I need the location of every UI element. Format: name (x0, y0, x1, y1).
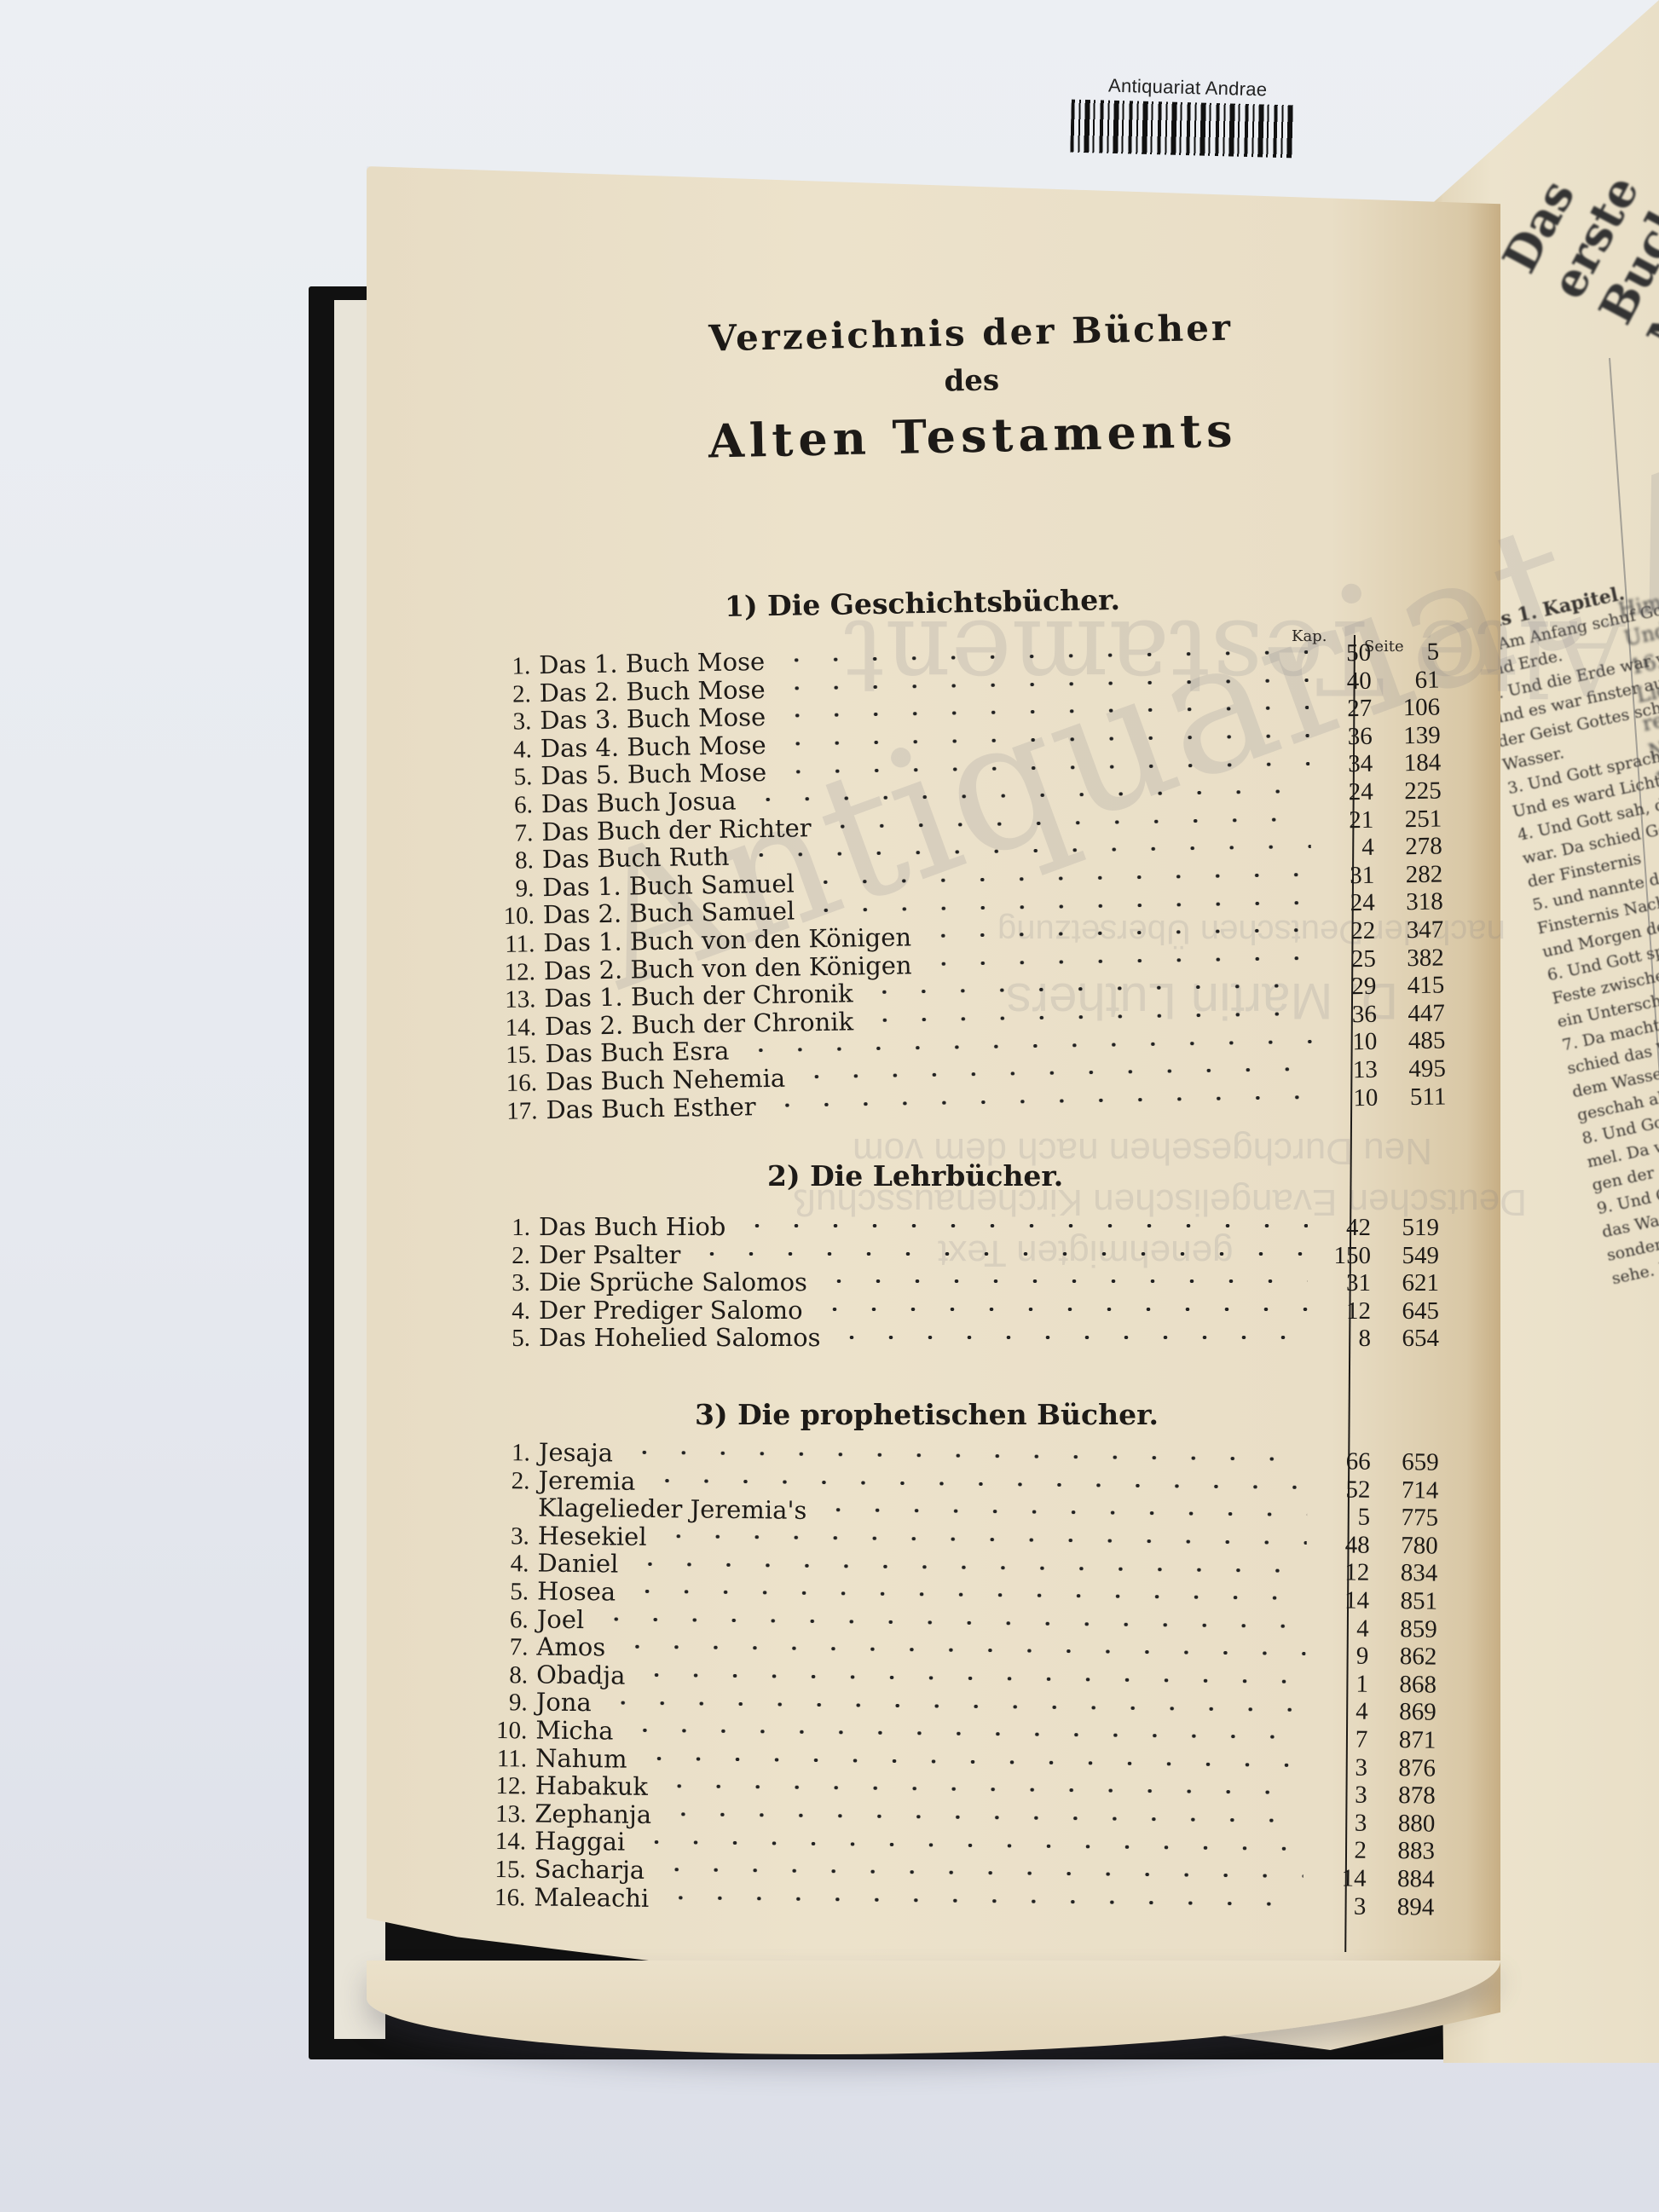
dot-leader (806, 901, 1312, 912)
book-name: Sacharja (535, 1854, 645, 1884)
page-number: 519 (1371, 1214, 1439, 1242)
entry-number: 10. (489, 1717, 527, 1745)
page-number: 511 (1378, 1083, 1447, 1112)
dot-leader (819, 1279, 1308, 1283)
chapter-count: 1 (1317, 1670, 1368, 1699)
toc-section-prophets: 1.Jesaja66659 2.Jeremia52714 Klagelieder… (488, 1437, 1439, 1920)
chapter-count: 31 (1320, 1269, 1371, 1297)
dot-leader (692, 1252, 1308, 1256)
shop-name: Antiquariat Andrae (1108, 75, 1268, 101)
page-number: 859 (1369, 1614, 1437, 1643)
page-number: 894 (1366, 1892, 1434, 1921)
book-name: Das Buch Hiob (539, 1212, 725, 1241)
dot-leader (741, 1040, 1314, 1053)
book-name: Amos (536, 1632, 605, 1662)
chapter-count: 52 (1319, 1476, 1370, 1505)
page-number: 880 (1367, 1809, 1435, 1838)
page-number: 876 (1367, 1753, 1436, 1782)
page-number: 415 (1376, 972, 1445, 1001)
dot-leader (818, 1508, 1307, 1516)
barcode-label: Antiquariat Andrae (1066, 72, 1304, 157)
toc-entry: 4.Der Prediger Salomo12645 (493, 1296, 1439, 1324)
toc-entry: 3.Die Sprüche Salomos31621 (493, 1268, 1439, 1296)
chapter-count: 8 (1320, 1325, 1371, 1353)
chapter-count: 2 (1315, 1836, 1367, 1865)
page-number: 851 (1369, 1587, 1437, 1616)
page-number: 780 (1370, 1532, 1438, 1561)
entry-number: 8. (496, 846, 535, 875)
chapter-count: 25 (1325, 944, 1377, 973)
entry-number: 5. (493, 1325, 530, 1353)
dot-leader (832, 1336, 1308, 1339)
page-number: 878 (1367, 1782, 1435, 1811)
dot-leader (638, 1673, 1306, 1684)
book-name: Klagelieder Jeremia's (538, 1493, 807, 1525)
entry-number: 17. (500, 1097, 538, 1126)
page-number: 714 (1370, 1476, 1438, 1505)
page-number: 251 (1373, 805, 1442, 834)
book-name: Haggai (535, 1827, 626, 1857)
chapter-count: 24 (1324, 889, 1376, 918)
page-number: 871 (1367, 1726, 1436, 1755)
entry-number: 11. (497, 930, 535, 959)
entry-number: 4. (491, 1550, 529, 1578)
chapter-count: 3 (1315, 1781, 1367, 1810)
dot-leader (924, 956, 1313, 966)
book-name: Hosea (537, 1577, 616, 1607)
entry-number: 14. (488, 1828, 526, 1856)
chapter-count: 4 (1317, 1697, 1368, 1726)
entry-number: 4. (494, 736, 533, 765)
chapter-count: 22 (1324, 917, 1376, 946)
dot-leader (741, 845, 1310, 857)
entry-number: 3. (493, 1269, 530, 1297)
page-number: 659 (1371, 1448, 1439, 1477)
chapter-count: 40 (1320, 667, 1372, 696)
section-heading-prophets: 3) Die prophetischen Bücher. (695, 1398, 1159, 1431)
chapter-count: 14 (1315, 1864, 1366, 1893)
entry-number: 9. (496, 875, 535, 904)
entry-number: 6. (491, 1606, 529, 1634)
chapter-count: 66 (1320, 1447, 1371, 1476)
book-name: Das Buch Esther (546, 1092, 756, 1124)
book-name: Micha (535, 1715, 614, 1745)
page-number: 869 (1368, 1698, 1436, 1727)
dot-leader (797, 1067, 1315, 1079)
book-name: Der Prediger Salomo (539, 1296, 803, 1325)
chapter-count: 7 (1316, 1725, 1367, 1754)
dot-leader (806, 873, 1312, 884)
dot-leader (865, 984, 1314, 994)
entry-number: 12. (498, 958, 536, 987)
dot-leader (625, 1451, 1308, 1461)
page-number: 61 (1371, 666, 1440, 695)
toc-section-teaching: 1.Das Buch Hiob42519 2.Der Psalter150549… (493, 1212, 1439, 1351)
page-number: 225 (1373, 777, 1442, 806)
page-number: 447 (1377, 999, 1446, 1028)
chapter-count: 24 (1321, 778, 1373, 807)
dot-leader (659, 1534, 1307, 1545)
entry-number: 15. (499, 1042, 537, 1071)
entry-number: 16. (488, 1883, 525, 1911)
toc-section-history: 1.Das 1. Buch Mose505 2.Das 2. Buch Mose… (493, 637, 1447, 1123)
chapter-count: 27 (1321, 695, 1373, 724)
entry-number: 5. (494, 764, 533, 793)
entry-number: 4. (493, 1297, 530, 1325)
entry-number: 7. (495, 819, 534, 848)
chapter-count: 31 (1323, 862, 1375, 891)
dot-leader (777, 679, 1309, 690)
dot-leader (737, 1224, 1308, 1227)
page-number: 184 (1373, 749, 1442, 778)
page-title: Verzeichnis der Bücher des Alten Testame… (697, 301, 1246, 474)
entry-number: 1. (493, 1214, 530, 1242)
section-heading-teaching: 2) Die Lehrbücher. (767, 1159, 1063, 1193)
dot-leader (865, 1012, 1314, 1022)
chapter-count: 34 (1321, 750, 1373, 779)
entry-number: 3. (494, 707, 532, 736)
page-number: 862 (1368, 1643, 1436, 1672)
chapter-count: 10 (1327, 1083, 1379, 1112)
dot-leader (596, 1617, 1305, 1628)
page-number: 347 (1375, 915, 1444, 944)
dot-leader (604, 1701, 1305, 1712)
page-number: 139 (1372, 721, 1441, 750)
dot-leader (777, 706, 1309, 718)
book-name: Joel (537, 1604, 585, 1634)
dot-leader (923, 928, 1312, 938)
chapter-count: 36 (1321, 723, 1373, 752)
page-number: 282 (1374, 860, 1443, 889)
book-name: Jona (536, 1688, 592, 1718)
book-name: Das Hohelied Salomos (539, 1323, 820, 1352)
dot-leader (748, 789, 1309, 801)
entry-number: 2. (494, 680, 532, 709)
entry-number: 12. (489, 1772, 527, 1800)
chapter-count: 5 (1319, 1503, 1370, 1532)
page-number: 549 (1371, 1242, 1439, 1270)
chapter-count: 42 (1320, 1214, 1371, 1242)
page-number: 868 (1368, 1671, 1436, 1700)
page-number: 382 (1376, 944, 1445, 973)
entry-number: 2. (493, 1242, 530, 1270)
entry-number: 16. (500, 1069, 538, 1098)
entry-number: 5. (491, 1578, 529, 1606)
entry-number: 2. (492, 1467, 529, 1495)
dot-leader (617, 1645, 1305, 1655)
book-name: Obadja (536, 1660, 626, 1689)
entry-number: 11. (489, 1745, 527, 1773)
book-name: Daniel (537, 1549, 618, 1579)
chapter-count: 14 (1318, 1586, 1369, 1615)
dot-leader (777, 650, 1308, 662)
chapter-count: 4 (1318, 1614, 1369, 1643)
chapter-count: 21 (1322, 806, 1374, 835)
entry-number: 13. (488, 1800, 526, 1828)
page-number: 495 (1378, 1054, 1447, 1083)
dot-leader (661, 1896, 1303, 1906)
chapter-count: 150 (1320, 1242, 1371, 1270)
book-name: Maleachi (534, 1882, 649, 1912)
book-name: Das Buch Josua (541, 787, 737, 819)
book-name: Die Sprüche Salomos (539, 1268, 807, 1297)
entry-number: 9. (490, 1689, 528, 1717)
entry-number: 14. (499, 1014, 537, 1042)
page-number: 645 (1371, 1297, 1439, 1325)
entry-number: 1. (493, 1439, 530, 1467)
book-name: Nahum (535, 1743, 627, 1773)
toc-entry: 5.Das Hohelied Salomos8654 (493, 1323, 1439, 1351)
page-number: 621 (1371, 1269, 1439, 1297)
page-number: 106 (1372, 694, 1441, 723)
chapter-count: 3 (1316, 1753, 1367, 1782)
chapter-count: 4 (1322, 834, 1374, 863)
dot-leader (778, 734, 1309, 746)
chapter-count: 3 (1315, 1809, 1367, 1838)
entry-number: 15. (488, 1856, 526, 1884)
dot-leader (647, 1479, 1307, 1489)
entry-number: 1. (493, 652, 531, 681)
book-name: Habakuk (535, 1771, 649, 1801)
entry-number: 10. (497, 903, 535, 932)
book-name: Der Psalter (539, 1240, 680, 1269)
entry-number: 6. (495, 791, 534, 820)
book-name: Das Buch Esra (545, 1037, 729, 1068)
dot-leader (656, 1868, 1303, 1878)
dot-leader (663, 1812, 1303, 1822)
section-heading-history: 1) Die Geschichtsbücher. (725, 583, 1121, 623)
running-head: Das erste Buch Mose (1492, 108, 1659, 358)
page-number: 884 (1366, 1865, 1434, 1894)
dot-leader (778, 762, 1309, 774)
dot-leader (768, 1095, 1315, 1107)
entry-number: 7. (490, 1633, 528, 1661)
entry-number: 3. (492, 1522, 529, 1551)
dot-leader (630, 1562, 1306, 1572)
chapter-count: 12 (1320, 1297, 1371, 1325)
page-number: 318 (1375, 888, 1444, 917)
dot-leader (626, 1729, 1305, 1739)
chapter-count: 50 (1320, 639, 1372, 668)
chapter-count: 12 (1318, 1559, 1369, 1588)
book-name: Zephanja (535, 1799, 651, 1828)
page-number: 883 (1367, 1837, 1435, 1866)
dot-leader (627, 1590, 1306, 1600)
entry-number: 8. (490, 1661, 528, 1689)
dot-leader (824, 817, 1311, 829)
page-number: 278 (1373, 833, 1442, 862)
dot-leader (660, 1784, 1304, 1794)
page-number: 775 (1370, 1504, 1438, 1533)
title-line-3: Alten Testaments (699, 396, 1246, 474)
toc-entry: 2.Der Psalter150549 (493, 1240, 1439, 1268)
book-name: Hesekiel (538, 1521, 647, 1551)
page-number: 485 (1377, 1027, 1446, 1056)
dot-leader (639, 1757, 1304, 1767)
page-number: 5 (1371, 638, 1440, 667)
page-number: 654 (1371, 1325, 1439, 1353)
book-name: Jesaja (539, 1438, 614, 1468)
toc-entry: 1.Das Buch Hiob42519 (493, 1212, 1439, 1240)
page-number: 834 (1369, 1559, 1437, 1588)
barcode-icon (1070, 100, 1295, 159)
entry-number: 13. (498, 985, 536, 1014)
dot-leader (637, 1839, 1303, 1850)
dot-leader (815, 1308, 1308, 1311)
chapter-count: 48 (1319, 1531, 1370, 1560)
chapter-count: 3 (1315, 1892, 1366, 1921)
chapter-count: 9 (1317, 1642, 1368, 1671)
book-name: Das Buch Ruth (542, 842, 730, 874)
book-name: Jeremia (538, 1465, 635, 1495)
